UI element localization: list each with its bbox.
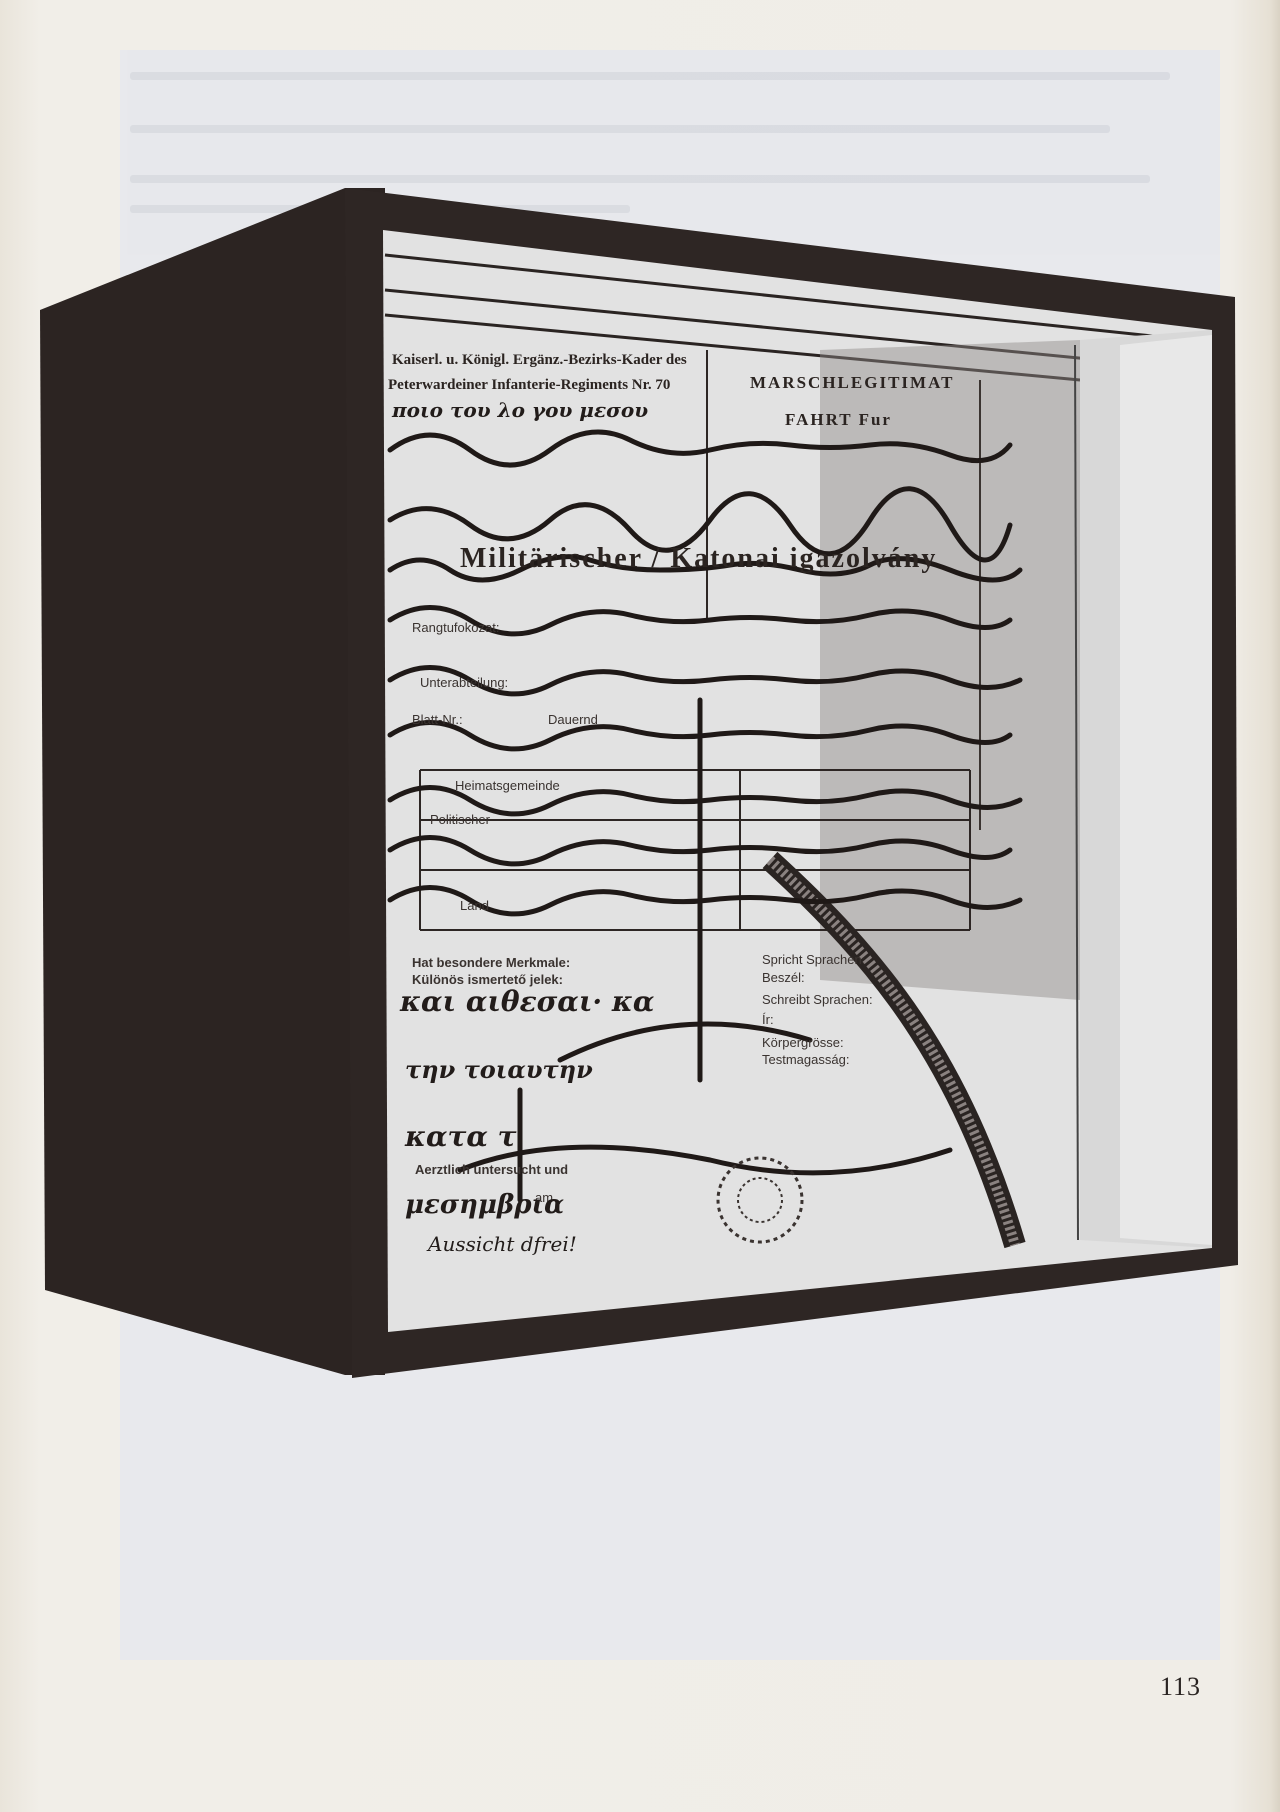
shadow-box-artwork: [0, 0, 1280, 1812]
book-page: Kaiserl. u. Königl. Ergänz.-Bezirks-Kade…: [0, 0, 1280, 1812]
doc-header-line-2: Peterwardeiner Infanterie-Regiments Nr. …: [388, 377, 670, 394]
field-label: Heimatsgemeinde: [455, 778, 560, 793]
field-label: Blatt-Nr.:: [412, 712, 463, 727]
field-label: Land: [460, 898, 489, 913]
field-label: Aerztlich untersucht und: [415, 1162, 568, 1177]
field-label: Beszél:: [762, 970, 805, 985]
field-label: Dauernd: [548, 712, 598, 727]
handwriting-signature: Aussicht dfrei!: [428, 1232, 577, 1256]
handwriting-line: την τοιαυτην: [405, 1055, 593, 1084]
field-label: Körpergrösse:: [762, 1035, 844, 1050]
field-label: Schreibt Sprachen:: [762, 992, 873, 1007]
doc-title: Militärischer / Katonai igazolvány: [460, 543, 937, 575]
page-number: 113: [1160, 1672, 1201, 1702]
field-label: Rangtufokozat:: [412, 620, 499, 635]
field-label: Politischer: [430, 812, 490, 827]
handwriting-line: μεσημβρια: [405, 1190, 564, 1220]
field-label: Testmagasság:: [762, 1052, 849, 1067]
doc-header-line-1: Kaiserl. u. Königl. Ergänz.-Bezirks-Kade…: [392, 352, 687, 369]
doc-header-right-2: FAHRT Fur: [785, 410, 892, 430]
field-label: Ír:: [762, 1012, 774, 1027]
field-label: Spricht Sprachen:: [762, 952, 865, 967]
field-label: Unterabteilung:: [420, 675, 508, 690]
handwriting-line: και αιθεσαι· κα: [400, 985, 654, 1018]
handwriting-line: ποιο του λο γου μεσου: [392, 398, 648, 422]
doc-header-right-1: MARSCHLEGITIMAT: [750, 373, 954, 393]
box-left-face: [40, 188, 385, 1375]
field-label: Hat besondere Merkmale:: [412, 955, 570, 970]
handwriting-line: κατα τ: [405, 1120, 517, 1153]
